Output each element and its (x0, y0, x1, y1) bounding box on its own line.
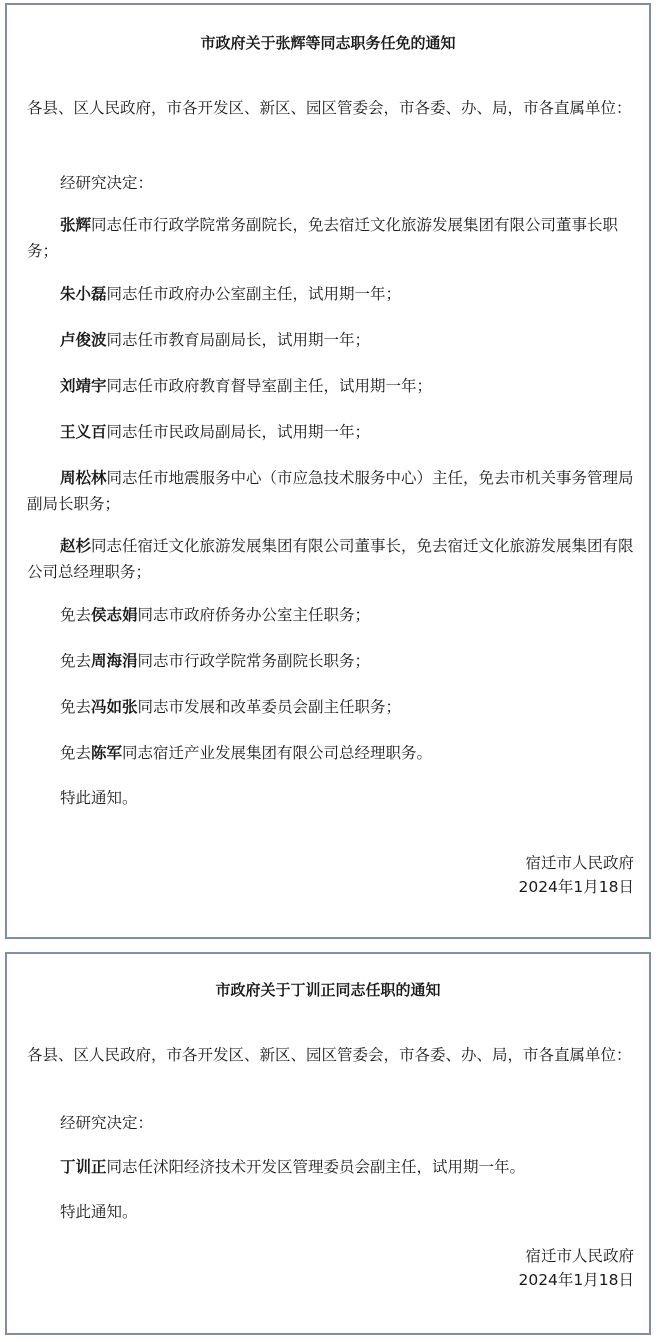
notice-title: 市政府关于丁训正同志任职的通知 (7, 979, 649, 1000)
person-name: 朱小磊 (60, 285, 107, 303)
person-name: 王义百 (60, 423, 107, 441)
person-name: 周松林 (60, 469, 107, 487)
decision-item: 免去周海涓同志市行政学院常务副院长职务； (27, 648, 637, 674)
signature: 宿迁市人民政府 (525, 850, 634, 876)
notice-card-appointments: 市政府关于张辉等同志职务任免的通知 各县、区人民政府，市各开发区、新区、园区管委… (5, 3, 651, 939)
decision-item: 周松林同志任市地震服务中心（市应急技术服务中心）主任，免去市机关事务管理局副局长… (27, 465, 637, 517)
person-name: 陈军 (91, 744, 122, 762)
decision-item: 朱小磊同志任市政府办公室副主任，试用期一年； (27, 281, 637, 307)
decision-item: 丁训正同志任沭阳经济技术开发区管理委员会副主任，试用期一年。 (27, 1154, 637, 1180)
decision-item: 张辉同志任市行政学院常务副院长，免去宿迁文化旅游发展集团有限公司董事长职务； (27, 212, 637, 264)
addressee: 各县、区人民政府，市各开发区、新区、园区管委会，市各委、办、局，市各直属单位： (27, 95, 637, 121)
decision-item: 刘靖宇同志任市政府教育督导室副主任，试用期一年； (27, 373, 637, 399)
notice-card-appointment-ding: 市政府关于丁训正同志任职的通知 各县、区人民政府，市各开发区、新区、园区管委会，… (5, 952, 651, 1335)
person-name: 丁训正 (60, 1158, 107, 1176)
addressee: 各县、区人民政府，市各开发区、新区、园区管委会，市各委、办、局，市各直属单位： (27, 1042, 637, 1068)
decision-item: 免去冯如张同志市发展和改革委员会副主任职务； (27, 694, 637, 720)
signature: 宿迁市人民政府 (525, 1243, 634, 1269)
person-name: 周海涓 (91, 652, 138, 670)
person-name: 侯志娟 (91, 606, 138, 624)
person-name: 冯如张 (91, 698, 138, 716)
date: 2024年1月18日 (518, 874, 634, 900)
date: 2024年1月18日 (518, 1267, 634, 1293)
closing: 特此通知。 (27, 785, 637, 811)
decision-item: 王义百同志任市民政局副局长，试用期一年； (27, 419, 637, 445)
intro: 经研究决定： (27, 1110, 637, 1136)
person-name: 张辉 (60, 216, 91, 234)
closing: 特此通知。 (27, 1199, 637, 1225)
person-name: 刘靖宇 (60, 377, 107, 395)
decision-item: 卢俊波同志任市教育局副局长，试用期一年； (27, 327, 637, 353)
person-name: 卢俊波 (60, 331, 107, 349)
notice-title: 市政府关于张辉等同志职务任免的通知 (7, 32, 649, 53)
decision-item: 免去侯志娟同志市政府侨务办公室主任职务； (27, 602, 637, 628)
person-name: 赵杉 (60, 537, 91, 555)
intro: 经研究决定： (27, 170, 637, 196)
decision-item: 免去陈军同志宿迁产业发展集团有限公司总经理职务。 (27, 740, 637, 766)
decision-item: 赵杉同志任宿迁文化旅游发展集团有限公司董事长，免去宿迁文化旅游发展集团有限公司总… (27, 533, 637, 585)
